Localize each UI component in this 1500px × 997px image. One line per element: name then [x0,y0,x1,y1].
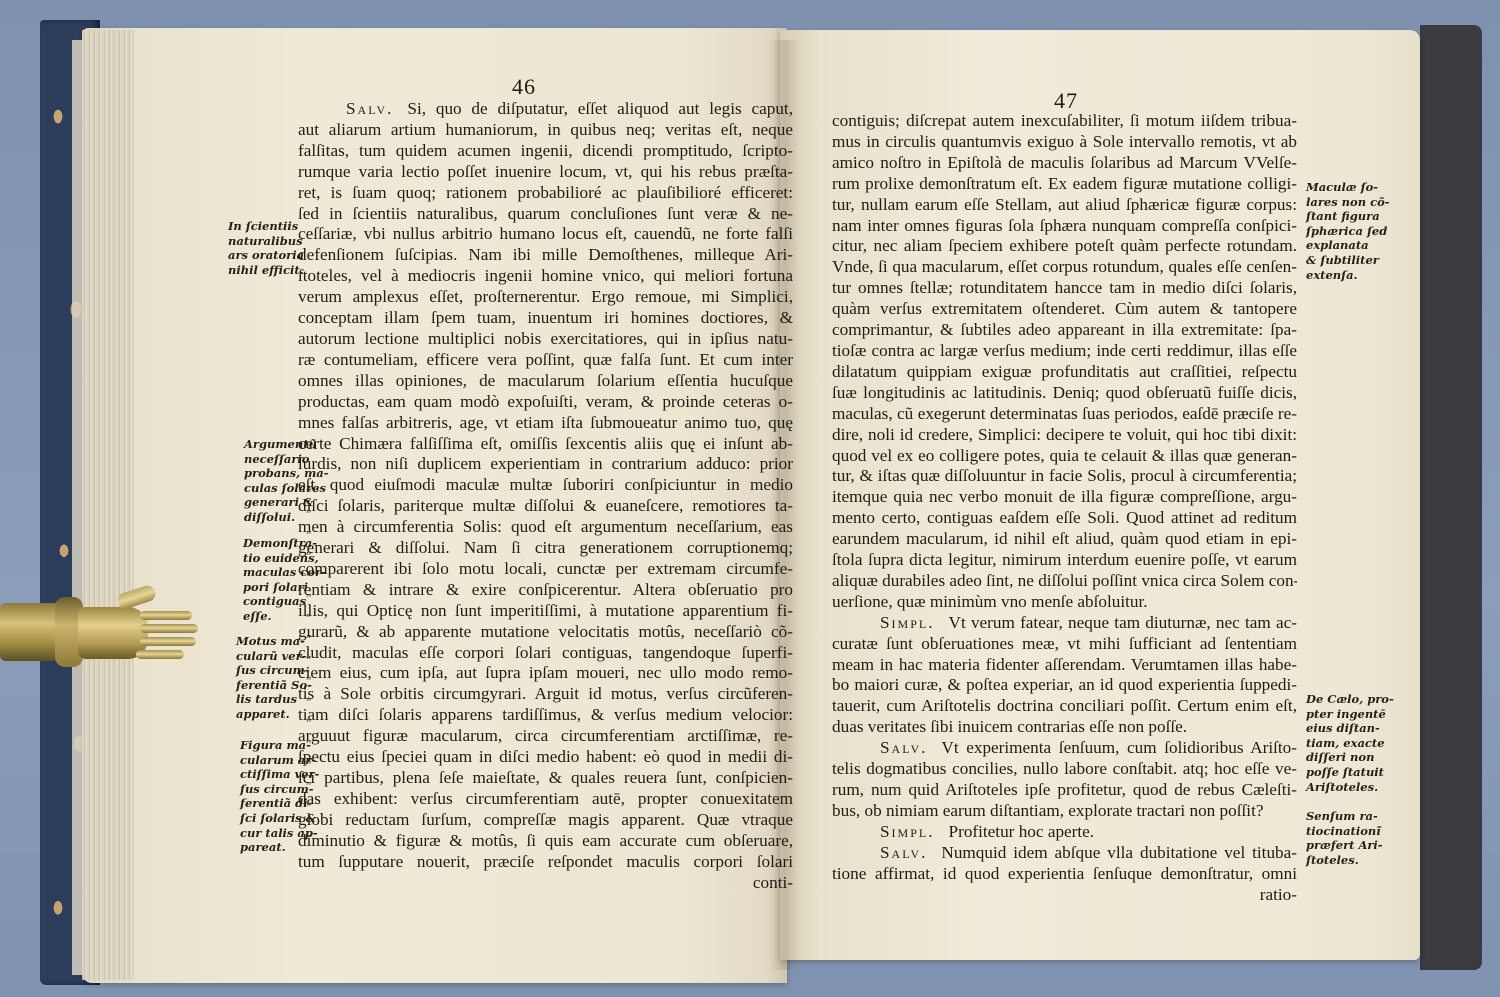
body-text-right: contiguis; diſcrepat autem inexcuſabilit… [832,111,1297,905]
text-line: conti- [298,873,793,894]
text-line: ræ contumeliam, efficere vera poſſint, q… [298,350,793,371]
text-line: ratio- [832,885,1297,906]
text-line: men à circumferentia Solis: quod eſt arg… [298,517,793,538]
text-line: verum amplexus eſſet, proſternerentur. E… [298,287,793,308]
text-line: quàm verſus extremitatem oſtenderet. Cùm… [832,299,1297,320]
text-line: das exhibent: verſus circumferentiam aut… [298,789,793,810]
margin-note: Demonſtra-tio euidens,maculas cor-pori ſ… [243,536,326,624]
quote-marks-left: „„„„„„„„„„„„„„„„ [306,476,313,811]
margin-note: De Cælo, pro-pter ingentēeius diſtan-tia… [1306,692,1394,794]
text-line: ciem eius, cum ipſa, aut ſupra ipſam mou… [298,663,793,684]
text-line: omnes illas opiniones, de macularum ſola… [298,371,793,392]
text-line: tiam diſci ſolaris apparens tardiſſimus,… [298,705,793,726]
text-line: falſitas, tum quidem acumen ingenii, dic… [298,141,793,162]
text-line: mnes falſas arbitreris, age, vt etiam iſ… [298,413,793,434]
text-line: arguuut figuræ macularum, circa circumfe… [298,726,793,747]
text-line: diminutio & figuræ & motûs, ſi quis eam … [298,831,793,852]
text-line: autorum lectione multiplici nobis exerci… [298,329,793,350]
holder-finger [140,611,192,620]
text-line: conceptam illam ſpem tuam, inuentum iri … [298,308,793,329]
text-line: diſci ſolaris, pariterque multæ diſſolui… [298,496,793,517]
endpaper-edge [72,40,84,975]
margin-note: Motus ma-cularũ ver-ſus circum-ferentiã … [236,634,312,722]
text-line: tur omnes ſtellæ; rotunditatem hancce ta… [832,278,1297,299]
text-line: itemque quia nec verbo monuit de illa fi… [832,487,1297,508]
text-line: aut aliarum artium humaniorum, in quibus… [298,120,793,141]
text-line: contiguis; diſcrepat autem inexcuſabilit… [832,111,1297,132]
text-line: Salv.Numquid idem abſque vlla dubitation… [832,843,1297,864]
text-line: dilatatum quippiam exiguæ profunditatis … [832,362,1297,383]
text-line: illis, qui Opticę non ſunt imperitiſſimi… [298,601,793,622]
text-line: tis à Sole orbitis circumgyrari. Arguit … [298,684,793,705]
speaker-label: Salv. [346,99,393,118]
text-line: ſed in ſcientiis naturalibus, quarum con… [298,204,793,225]
text-line: ſci partibus, plena ſeſe maieſtate, & qu… [298,768,793,789]
text-line: earundem macularum, id nihil eſt aliud, … [832,529,1297,550]
holder-finger [140,624,198,633]
text-line: ſtola ſupra dicta legitur, nimirum inter… [832,550,1297,571]
text-line: bus, ob nimiam earum diſtantiam, explora… [832,801,1297,822]
text-line: Vnde, ſi qua macularum, eſſet corpus rot… [832,257,1297,278]
text-line: ſpectu eius ſpeciei quam in diſci medio … [298,747,793,768]
text-line: bo maiori curæ, & poſtea experiar, an id… [832,675,1297,696]
body-text-left: Salv.Si, quo de diſputatur, eſſet aliquo… [298,99,793,893]
text-line: generari & diſſolui. Nam ſi citra genera… [298,538,793,559]
speaker-label: Salv. [880,843,927,862]
text-line: ſuæ longitudinis ac latitudinis. Deniq; … [832,383,1297,404]
text-line: maculas, cũ exegerunt determinatas ſuas … [832,404,1297,425]
text-line: meam in hac materia fidenter aſſerendam.… [832,655,1297,676]
text-line: nam inter omnes figuras ſola ſphæra nunq… [832,216,1297,237]
text-line: eſt, quod eiuſmodi maculæ multæ ſuboriri… [298,475,793,496]
text-line: amico noſtro in Epiſtolà de maculis ſola… [832,153,1297,174]
margin-note: Maculæ ſo-lares non cõ-ſtant figuraſphær… [1306,180,1390,282]
brass-hand-page-holder [0,585,200,675]
text-line: comparerent ibi ſolo motu locali, cunctæ… [298,559,793,580]
text-line: ret, is ſuam quoq; rationem probabilioré… [298,183,793,204]
page-number-left: 46 [512,74,536,100]
text-line: tione affirmat, id quod experientia ſenſ… [832,864,1297,885]
text-line: Simpl.Vt verum fatear, neque tam diuturn… [832,613,1297,634]
text-line: tauerit, cum Ariſtotelis doctrina concil… [832,696,1297,717]
text-line: telis dogmatibus concilies, nullo labore… [832,759,1297,780]
text-line: aliquæ durabiles adeo ſint, ne diſſolui … [832,571,1297,592]
text-line: citur, nec aliam ſpeciem exhibere poteſt… [832,236,1297,257]
text-line: curatæ ſunt obſeruationes meæ, vt mihi ſ… [832,634,1297,655]
holder-thumb [116,584,157,611]
text-line: productas, eam quam modò expoſuiſti, ver… [298,392,793,413]
page-edges-stack [82,30,134,980]
text-line: rentiam & intrare & exire conſpicerentur… [298,580,793,601]
text-line: rumque varia lectio poſſet inuenire locu… [298,162,793,183]
text-line: Simpl.Profitetur hoc aperte. [832,822,1297,843]
speaker-label: Simpl. [880,613,935,632]
text-line: dire, noli id credere, Simplici: deciper… [832,425,1297,446]
text-line: mus in circulis quantumvis exiguo à Sole… [832,132,1297,153]
text-line: ſurdis, non niſi duplicem experientiam i… [298,454,793,475]
text-line: quod vel ex eo colligere potes, quia te … [832,446,1297,467]
text-line: tum ſupputare nouerit, præciſe reſpondet… [298,852,793,873]
text-line: rum, num quid Ariſtoteles ipſe profitetu… [832,780,1297,801]
text-line: mento certo, contiguas eaſdem eſſe Soli.… [832,508,1297,529]
margin-note: Senſum ra-tiocinationĩpræfert Ari-ſtotel… [1306,809,1383,867]
text-line: rum prolixe demonſtratum eſt. Ex eadem f… [832,174,1297,195]
text-line: tioſæ contra ac largæ verſus medium; ind… [832,341,1297,362]
text-line: ſtoteles, vel à mediocris ingenii homine… [298,266,793,287]
text-line: tur, & iſtas quæ diſſoluuntur in facie S… [832,466,1297,487]
text-line: duas veritates ſibi inuicem contrarias e… [832,717,1297,738]
text-line: defenſionem ſuſcipias. Nam ibi mille Dem… [298,245,793,266]
text-line: tur, nullam earum eſſe Stellam, aut aliu… [832,195,1297,216]
holder-finger [140,637,196,646]
text-line: globi reductam ſurſum, compreſſæ magis a… [298,810,793,831]
text-line: uerſione, quæ minimùm vno menſe abſoluit… [832,592,1297,613]
book-cover-right [1420,25,1482,970]
speaker-label: Simpl. [880,822,935,841]
margin-note: Argumentũneceſſarioprobans, ma-culas ſol… [244,437,329,525]
speaker-label: Salv. [880,738,927,757]
text-line: certe Chimæra falſiſſima eſt, omiſſis ſe… [298,434,793,455]
text-line: ceſſariæ, vbi nullus arbitrio humano loc… [298,224,793,245]
margin-note: In ſcientiisnaturalibusars oratorianihil… [228,219,304,277]
text-line: gurarũ, & ab apparente mutatione velocit… [298,622,793,643]
text-line: Salv.Si, quo de diſputatur, eſſet aliquo… [298,99,793,120]
text-line: Salv.Vt experimenta ſenſuum, cum ſolidio… [832,738,1297,759]
text-line: cludit, maculas eſſe corpori ſolari cont… [298,643,793,664]
holder-finger [136,650,184,659]
text-line: comprimantur, & ſubtiles adeo appareant … [832,320,1297,341]
